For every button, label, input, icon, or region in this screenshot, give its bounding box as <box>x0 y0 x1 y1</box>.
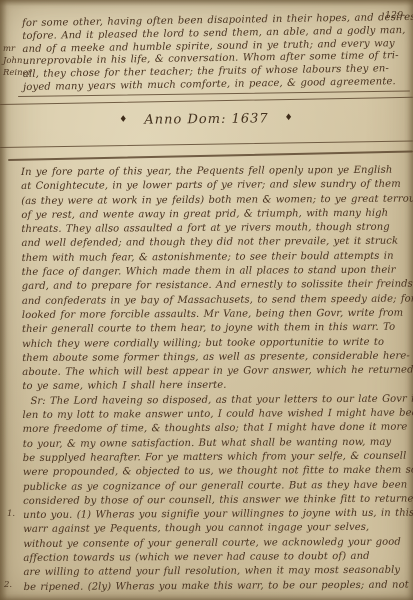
margin-numeral: 2. <box>4 580 12 590</box>
chapter-heading: ♦Anno Dom: 1637♦ <box>0 110 413 129</box>
hand-drawn-rule <box>8 151 413 161</box>
diamond-icon: ♦ <box>269 113 310 123</box>
hand-drawn-rule <box>0 97 413 105</box>
manuscript-page: 129. for some other, having often been d… <box>0 0 413 600</box>
margin-note: John <box>3 56 22 66</box>
margin-note: Reiner <box>3 68 32 78</box>
manuscript-line: be ripened. (2ly) Wheras you make this w… <box>24 578 413 595</box>
page-left-edge-shadow <box>0 0 7 600</box>
diamond-icon: ♦ <box>103 115 144 125</box>
hand-drawn-rule <box>0 141 413 149</box>
margin-numeral: 1. <box>7 509 15 519</box>
margin-note: mr <box>3 44 15 54</box>
manuscript-line: aboute. The which will best appear in ye… <box>22 364 413 381</box>
chapter-heading-text: Anno Dom: 1637 <box>144 111 268 127</box>
body-paragraphs: In ye fore parte of this year, the Peque… <box>21 164 413 595</box>
intro-paragraph: for some other, having often been disapo… <box>22 12 411 95</box>
page-top-edge-shadow <box>0 0 413 6</box>
